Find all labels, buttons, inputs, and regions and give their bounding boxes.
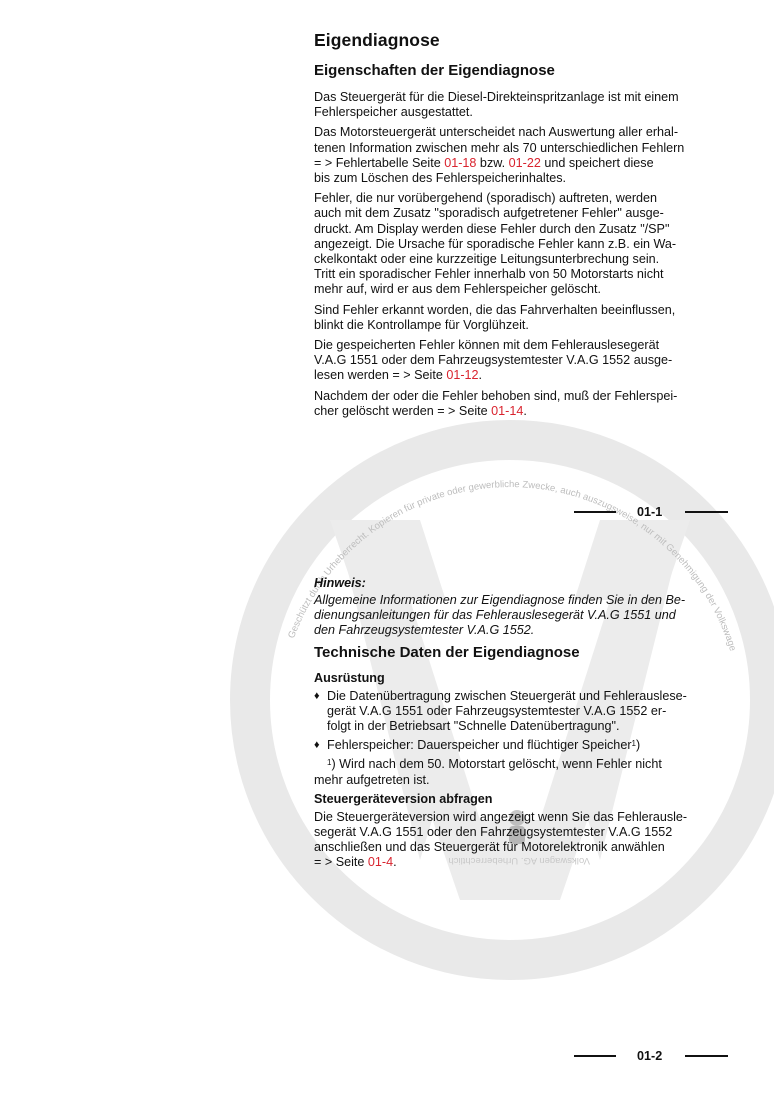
note-text: Allgemeine Informationen zur Eigendiagno… — [314, 593, 714, 639]
paragraph: Nachdem der oder die Fehler behoben sind… — [314, 389, 714, 419]
footnote: 1) Wird nach dem 50. Motorstart gelöscht… — [314, 757, 714, 787]
page-link-01-18[interactable]: 01-18 — [444, 156, 476, 170]
paragraph: Die gespeicherten Fehler können mit dem … — [314, 338, 714, 384]
diamond-bullet-icon: ♦ — [314, 738, 320, 753]
page-rule-right — [685, 1055, 728, 1057]
subheading-steuergeraeteversion: Steuergeräteversion abfragen — [314, 792, 714, 806]
section2: Hinweis: Allgemeine Informationen zur Ei… — [314, 576, 714, 876]
page-number: 01-2 — [637, 1049, 662, 1063]
page-link-01-22[interactable]: 01-22 — [509, 156, 541, 170]
section-heading-technische-daten: Technische Daten der Eigendiagnose — [314, 644, 714, 661]
page-rule-left — [574, 1055, 616, 1057]
paragraph: Das Steuergerät für die Diesel-Direktein… — [314, 90, 714, 120]
section-heading-eigenschaften: Eigenschaften der Eigendiagnose — [314, 62, 555, 79]
paragraph: Das Motorsteuergerät unterscheidet nach … — [314, 125, 714, 186]
page-number: 01-1 — [637, 505, 662, 519]
page-link-01-4[interactable]: 01-4 — [368, 855, 393, 869]
list-item: ♦ Fehlerspeicher: Dauerspeicher und flüc… — [314, 738, 714, 753]
page-link-01-12[interactable]: 01-12 — [446, 368, 478, 382]
footnote-ref: 1 — [632, 739, 636, 748]
version-paragraph: Die Steuergeräteversion wird angezeigt w… — [314, 810, 714, 871]
page-link-01-14[interactable]: 01-14 — [491, 404, 523, 418]
subheading-ausruestung: Ausrüstung — [314, 671, 714, 685]
note-label: Hinweis: — [314, 576, 714, 590]
page-rule-right — [685, 511, 728, 513]
diamond-bullet-icon: ♦ — [314, 689, 320, 704]
paragraph: Fehler, die nur vorübergehend (sporadisc… — [314, 191, 714, 297]
section1-body: Das Steuergerät für die Diesel-Direktein… — [314, 90, 714, 424]
paragraph: Sind Fehler erkannt worden, die das Fahr… — [314, 303, 714, 333]
page-rule-left — [574, 511, 616, 513]
page-title: Eigendiagnose — [314, 30, 440, 51]
list-item: ♦ Die Datenübertragung zwischen Steuerge… — [314, 689, 714, 735]
